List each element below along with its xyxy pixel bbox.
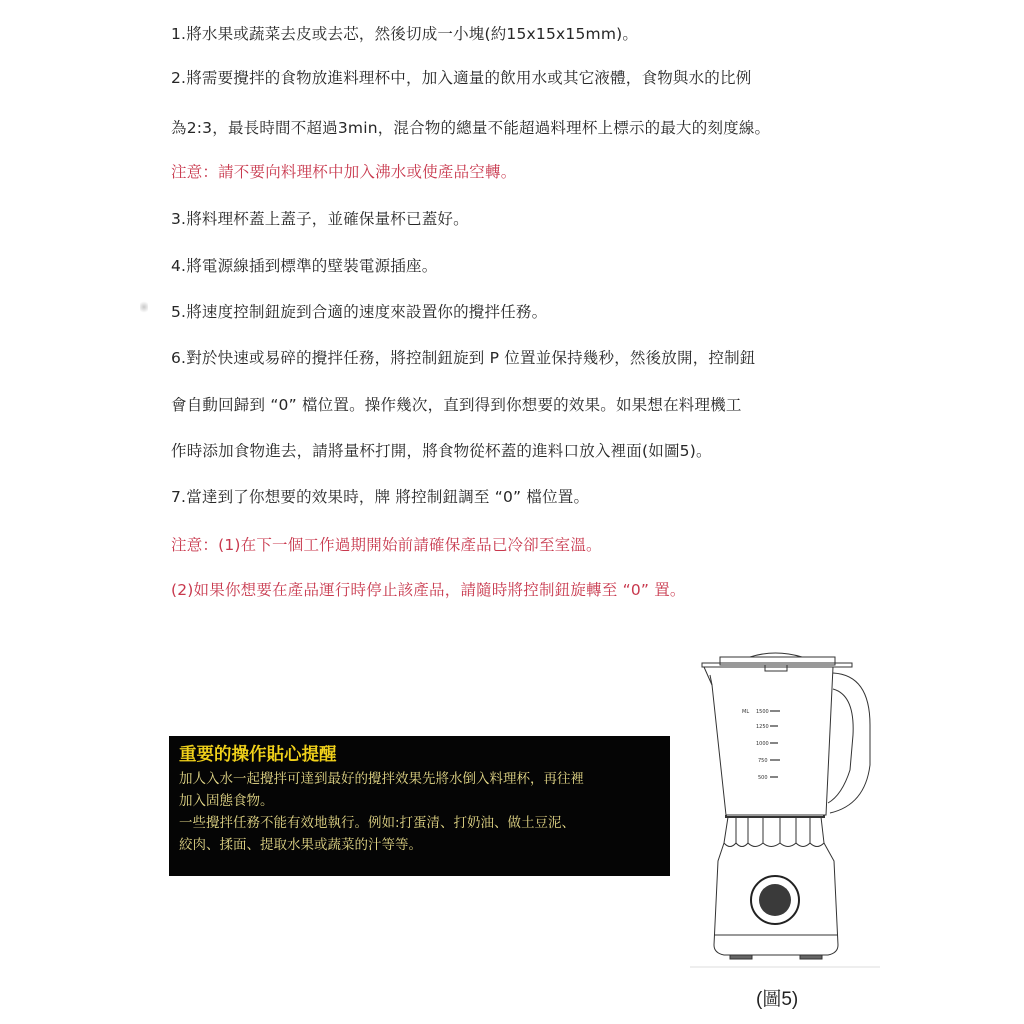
tip-line-2: 加入固態食物。 bbox=[179, 790, 660, 812]
svg-text:ML: ML bbox=[742, 709, 749, 715]
svg-text:500: 500 bbox=[758, 775, 768, 781]
scan-smudge bbox=[140, 300, 148, 314]
tip-line-1: 加人入水一起攪拌可達到最好的攪拌效果先將水倒入料理杯，再往裡 bbox=[179, 768, 660, 790]
figure-caption: (圖5) bbox=[756, 984, 798, 1011]
step-7: 7.當達到了你想要的效果時，牌 將控制鈕調至 “0” 檔位置。 bbox=[171, 487, 589, 507]
step-2-line-2: 為2:3，最長時間不超過3min，混合物的總量不能超過料理杯上標示的最大的刻度線… bbox=[171, 118, 770, 138]
warning-2: 注意：(1)在下一個工作過期開始前請確保產品已冷卻至室溫。 bbox=[171, 535, 602, 555]
blender-illustration: ML 1500 1250 1000 750 500 bbox=[690, 645, 890, 975]
svg-text:1500: 1500 bbox=[756, 709, 769, 715]
step-1: 1.將水果或蔬菜去皮或去芯，然後切成一小塊(約15x15x15mm)。 bbox=[171, 24, 638, 44]
svg-text:1250: 1250 bbox=[756, 724, 769, 730]
svg-text:1000: 1000 bbox=[756, 741, 769, 747]
step-6-line-1: 6.對於快速或易碎的攪拌任務，將控制鈕旋到 P 位置並保持幾秒，然後放開，控制鈕 bbox=[171, 348, 756, 368]
svg-text:750: 750 bbox=[758, 758, 768, 764]
tip-line-3: 一些攪拌任務不能有效地執行。例如:打蛋清、打奶油、做土豆泥、 bbox=[179, 812, 660, 834]
step-6-line-3: 作時添加食物進去，請將量杯打開，將食物從杯蓋的進料口放入裡面(如圖5)。 bbox=[171, 441, 712, 461]
warning-3: (2)如果你想要在產品運行時停止該產品，請隨時將控制鈕旋轉至 “0” 置。 bbox=[171, 580, 686, 600]
step-3: 3.將料理杯蓋上蓋子，並確保量杯已蓋好。 bbox=[171, 209, 469, 229]
step-2-line-1: 2.將需要攪拌的食物放進料理杯中，加入適量的飲用水或其它液體，食物與水的比例 bbox=[171, 68, 751, 88]
tip-line-4: 絞肉、揉面、提取水果或蔬菜的汁等等。 bbox=[179, 834, 660, 856]
step-6-line-2: 會自動回歸到 “0” 檔位置。操作幾次，直到得到你想要的效果。如果想在料理機工 bbox=[171, 395, 742, 415]
tips-title: 重要的操作貼心提醒 bbox=[179, 744, 660, 766]
warning-1: 注意：請不要向料理杯中加入沸水或使產品空轉。 bbox=[171, 162, 516, 182]
step-5: 5.將速度控制鈕旋到合適的速度來設置你的攪拌任務。 bbox=[171, 302, 547, 322]
step-4: 4.將電源線插到標準的壁裝電源插座。 bbox=[171, 256, 437, 276]
important-tips-box: 重要的操作貼心提醒 加人入水一起攪拌可達到最好的攪拌效果先將水倒入料理杯，再往裡… bbox=[169, 736, 670, 876]
